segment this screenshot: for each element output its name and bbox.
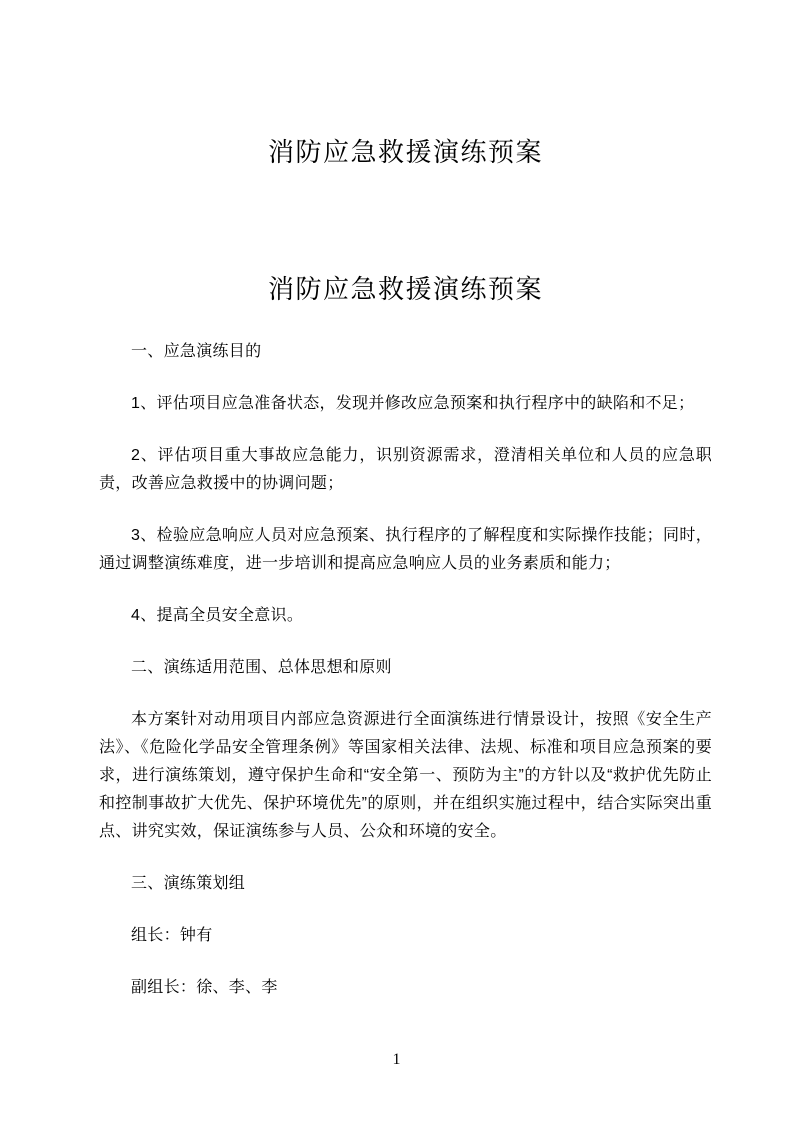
paragraph-purpose-item-4: 4、提高全员安全意识。 <box>99 602 712 630</box>
paragraph-deputy-group-leaders: 副组长：徐、李、李 <box>99 974 712 1002</box>
document-title-main: 消防应急救援演练预案 <box>99 273 712 305</box>
paragraph-group-leader: 组长：钟有 <box>99 922 712 950</box>
section-heading-planning-group: 三、演练策划组 <box>99 870 712 898</box>
paragraph-scope-principles-body: 本方案针对动用项目内部应急资源进行全面演练进行情景设计，按照《安全生产法》、《危… <box>99 706 712 846</box>
paragraph-purpose-item-1: 1、评估项目应急准备状态，发现并修改应急预案和执行程序中的缺陷和不足； <box>99 390 712 418</box>
section-heading-drill-purpose: 一、应急演练目的 <box>99 338 712 366</box>
paragraph-purpose-item-3: 3、检验应急响应人员对应急预案、执行程序的了解程度和实际操作技能；同时，通过调整… <box>99 522 712 578</box>
page-number: 1 <box>0 1048 793 1072</box>
paragraph-purpose-item-2: 2、评估项目重大事故应急能力，识别资源需求，澄清相关单位和人员的应急职责，改善应… <box>99 442 712 498</box>
document-page: 消防应急救援演练预案 消防应急救援演练预案 一、应急演练目的 1、评估项目应急准… <box>0 0 793 1122</box>
section-heading-scope-principles: 二、演练适用范围、总体思想和原则 <box>99 654 712 682</box>
document-content: 消防应急救援演练预案 消防应急救援演练预案 一、应急演练目的 1、评估项目应急准… <box>99 0 712 1002</box>
document-title-top: 消防应急救援演练预案 <box>99 136 712 168</box>
